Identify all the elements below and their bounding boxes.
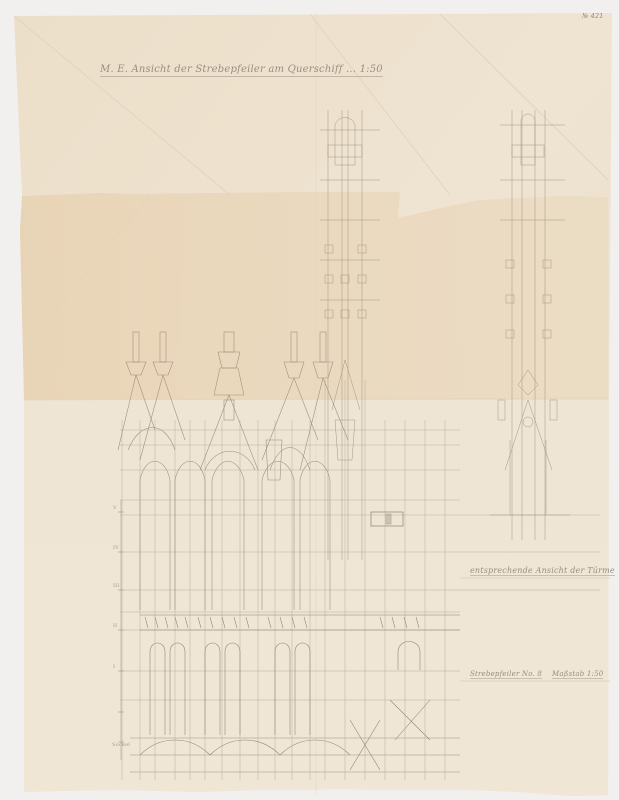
scale-mark: I: [113, 664, 115, 670]
scale-mark: V: [113, 505, 117, 511]
drawing-sheet: M. E. Ansicht der Strebepfeiler am Quers…: [0, 0, 619, 800]
scale-mark: III: [113, 583, 120, 589]
sheet-number: № 421: [582, 12, 604, 20]
drawing-title: M. E. Ansicht der Strebepfeiler am Quers…: [100, 64, 383, 77]
scale-mark: II: [113, 623, 117, 629]
caption-buttress: Strebepfeiler No. 8: [470, 670, 542, 679]
scale-mark: IV: [113, 545, 119, 551]
caption-scale: Maßstab 1:50: [552, 670, 603, 679]
architectural-drawing: [0, 0, 619, 800]
base-label: Sockel: [112, 742, 130, 748]
caption-towers: entsprechende Ansicht der Türme: [470, 566, 615, 576]
